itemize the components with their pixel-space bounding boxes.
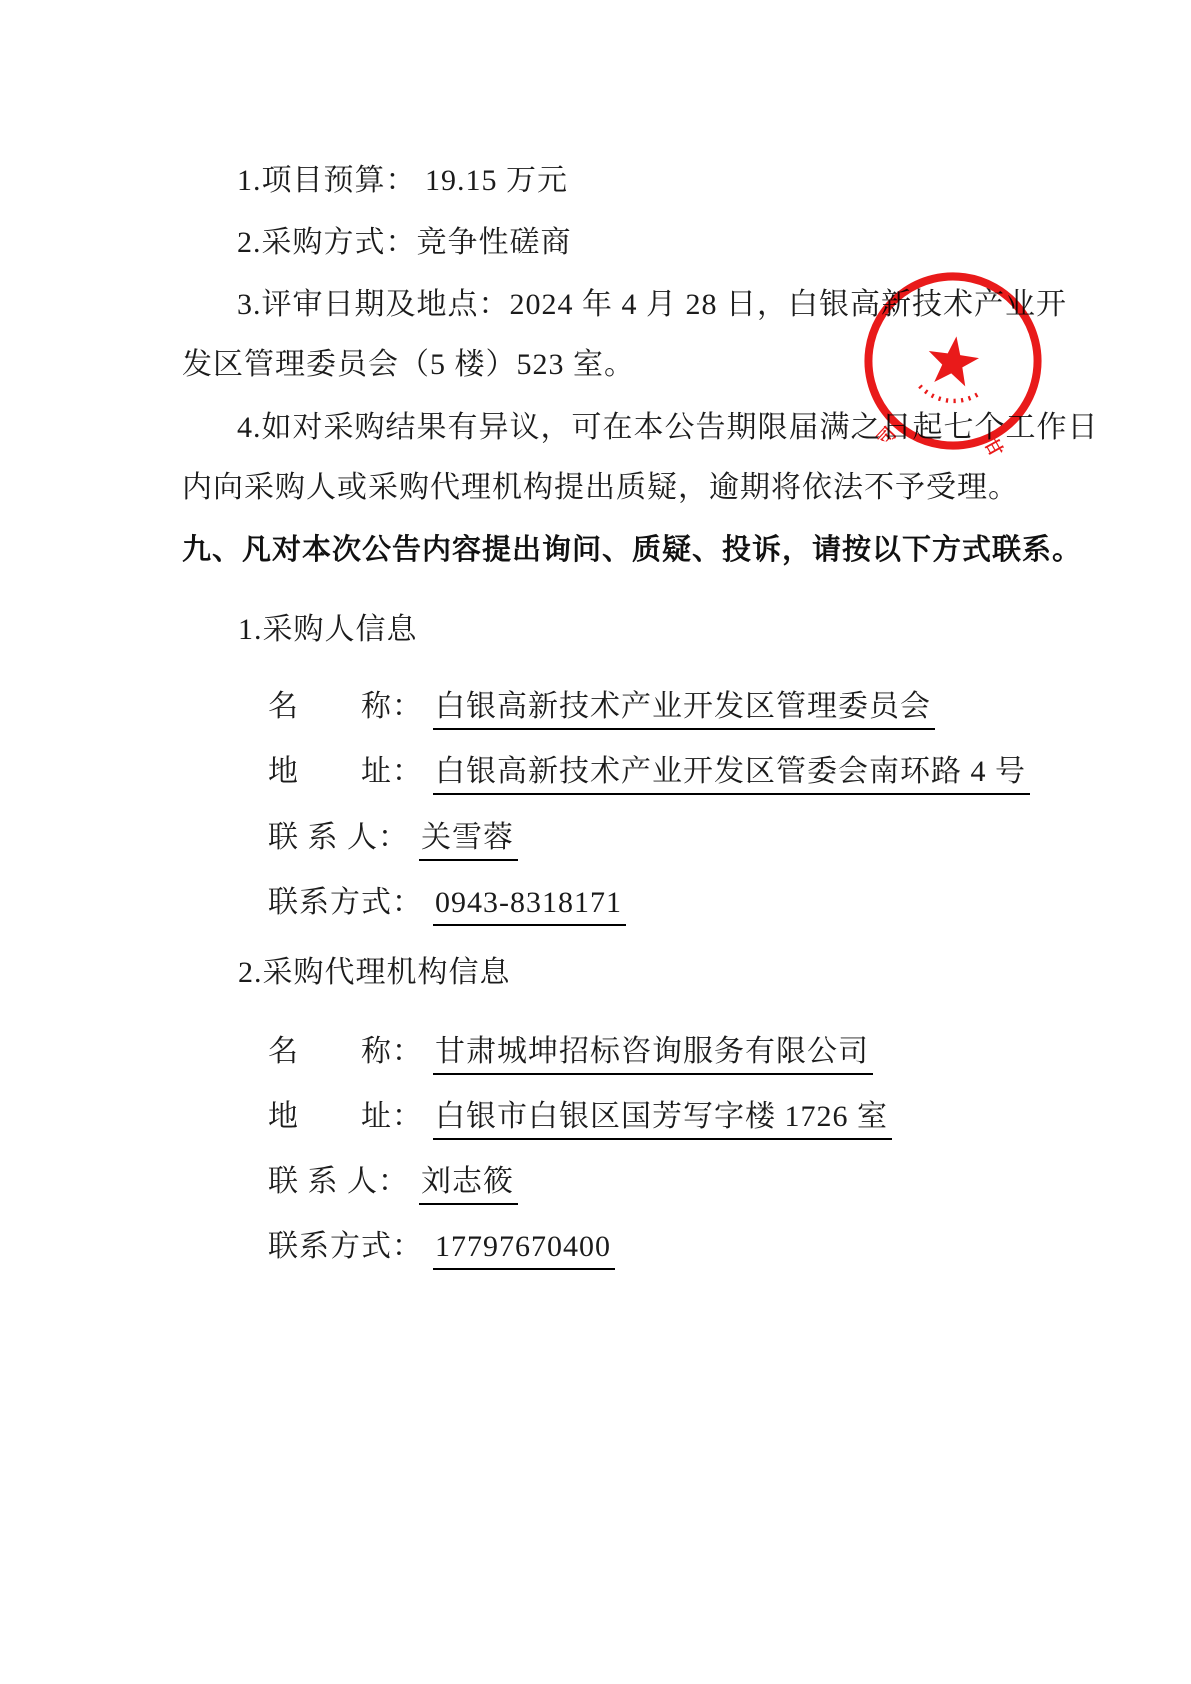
agency-name-row: 名 称：甘肃城坤招标咨询服务有限公司 [268,1034,873,1075]
purchaser-contact-person-label: 联 系 人： [268,820,409,856]
seal-serial-dots [918,386,978,405]
review-date-line-2: 发区管理委员会（5 楼）523 室。 [182,347,635,383]
purchaser-address-label: 地 址： [268,754,423,790]
purchaser-name-row: 名 称：白银高新技术产业开发区管理委员会 [268,689,935,730]
agency-address-value: 白银市白银区国芳写字楼 1726 室 [433,1099,892,1140]
purchaser-phone-label: 联系方式： [268,885,423,921]
agency-address-row: 地 址：白银市白银区国芳写字楼 1726 室 [268,1099,892,1140]
agency-contact-person-value: 刘志筱 [419,1164,518,1205]
agency-section-title: 2.采购代理机构信息 [238,955,511,991]
agency-phone-row: 联系方式：17797670400 [268,1229,615,1270]
agency-name-value: 甘肃城坤招标咨询服务有限公司 [433,1034,873,1075]
purchaser-section-title: 1.采购人信息 [238,612,418,648]
budget-line: 1.项目预算： 19.15 万元 [237,163,568,199]
contact-section-heading: 九、凡对本次公告内容提出询问、质疑、投诉，请按以下方式联系。 [182,532,1082,568]
official-seal: 甘肃城坤招标咨询服务有限公司 [852,260,1053,461]
agency-contact-person-label: 联 系 人： [268,1164,409,1200]
procurement-method-line: 2.采购方式：竞争性磋商 [237,225,572,261]
seal-star [925,333,982,388]
agency-name-label: 名 称： [268,1034,423,1070]
agency-phone-label: 联系方式： [268,1229,423,1265]
purchaser-name-value: 白银高新技术产业开发区管理委员会 [433,689,935,730]
agency-address-label: 地 址： [268,1099,423,1135]
seal-company-name: 甘肃城坤招标咨询服务有限公司 [852,416,1019,462]
agency-contact-person-row: 联 系 人：刘志筱 [268,1164,518,1205]
purchaser-phone-row: 联系方式：0943-8318171 [268,885,626,926]
purchaser-phone-value: 0943-8318171 [433,885,626,926]
objection-line-2: 内向采购人或采购代理机构提出质疑，逾期将依法不予受理。 [182,470,1019,506]
purchaser-address-row: 地 址：白银高新技术产业开发区管委会南环路 4 号 [268,754,1030,795]
seal-company-text-container: 甘肃城坤招标咨询服务有限公司 [852,416,1019,462]
purchaser-contact-person-value: 关雪蓉 [419,820,518,861]
purchaser-contact-person-row: 联 系 人：关雪蓉 [268,820,518,861]
agency-phone-value: 17797670400 [433,1229,615,1270]
purchaser-address-value: 白银高新技术产业开发区管委会南环路 4 号 [433,754,1030,795]
purchaser-name-label: 名 称： [268,689,423,725]
document-page: 1.项目预算： 19.15 万元 2.采购方式：竞争性磋商 3.评审日期及地点：… [0,0,1191,1684]
official-seal-graphic: 甘肃城坤招标咨询服务有限公司 [852,260,1053,461]
